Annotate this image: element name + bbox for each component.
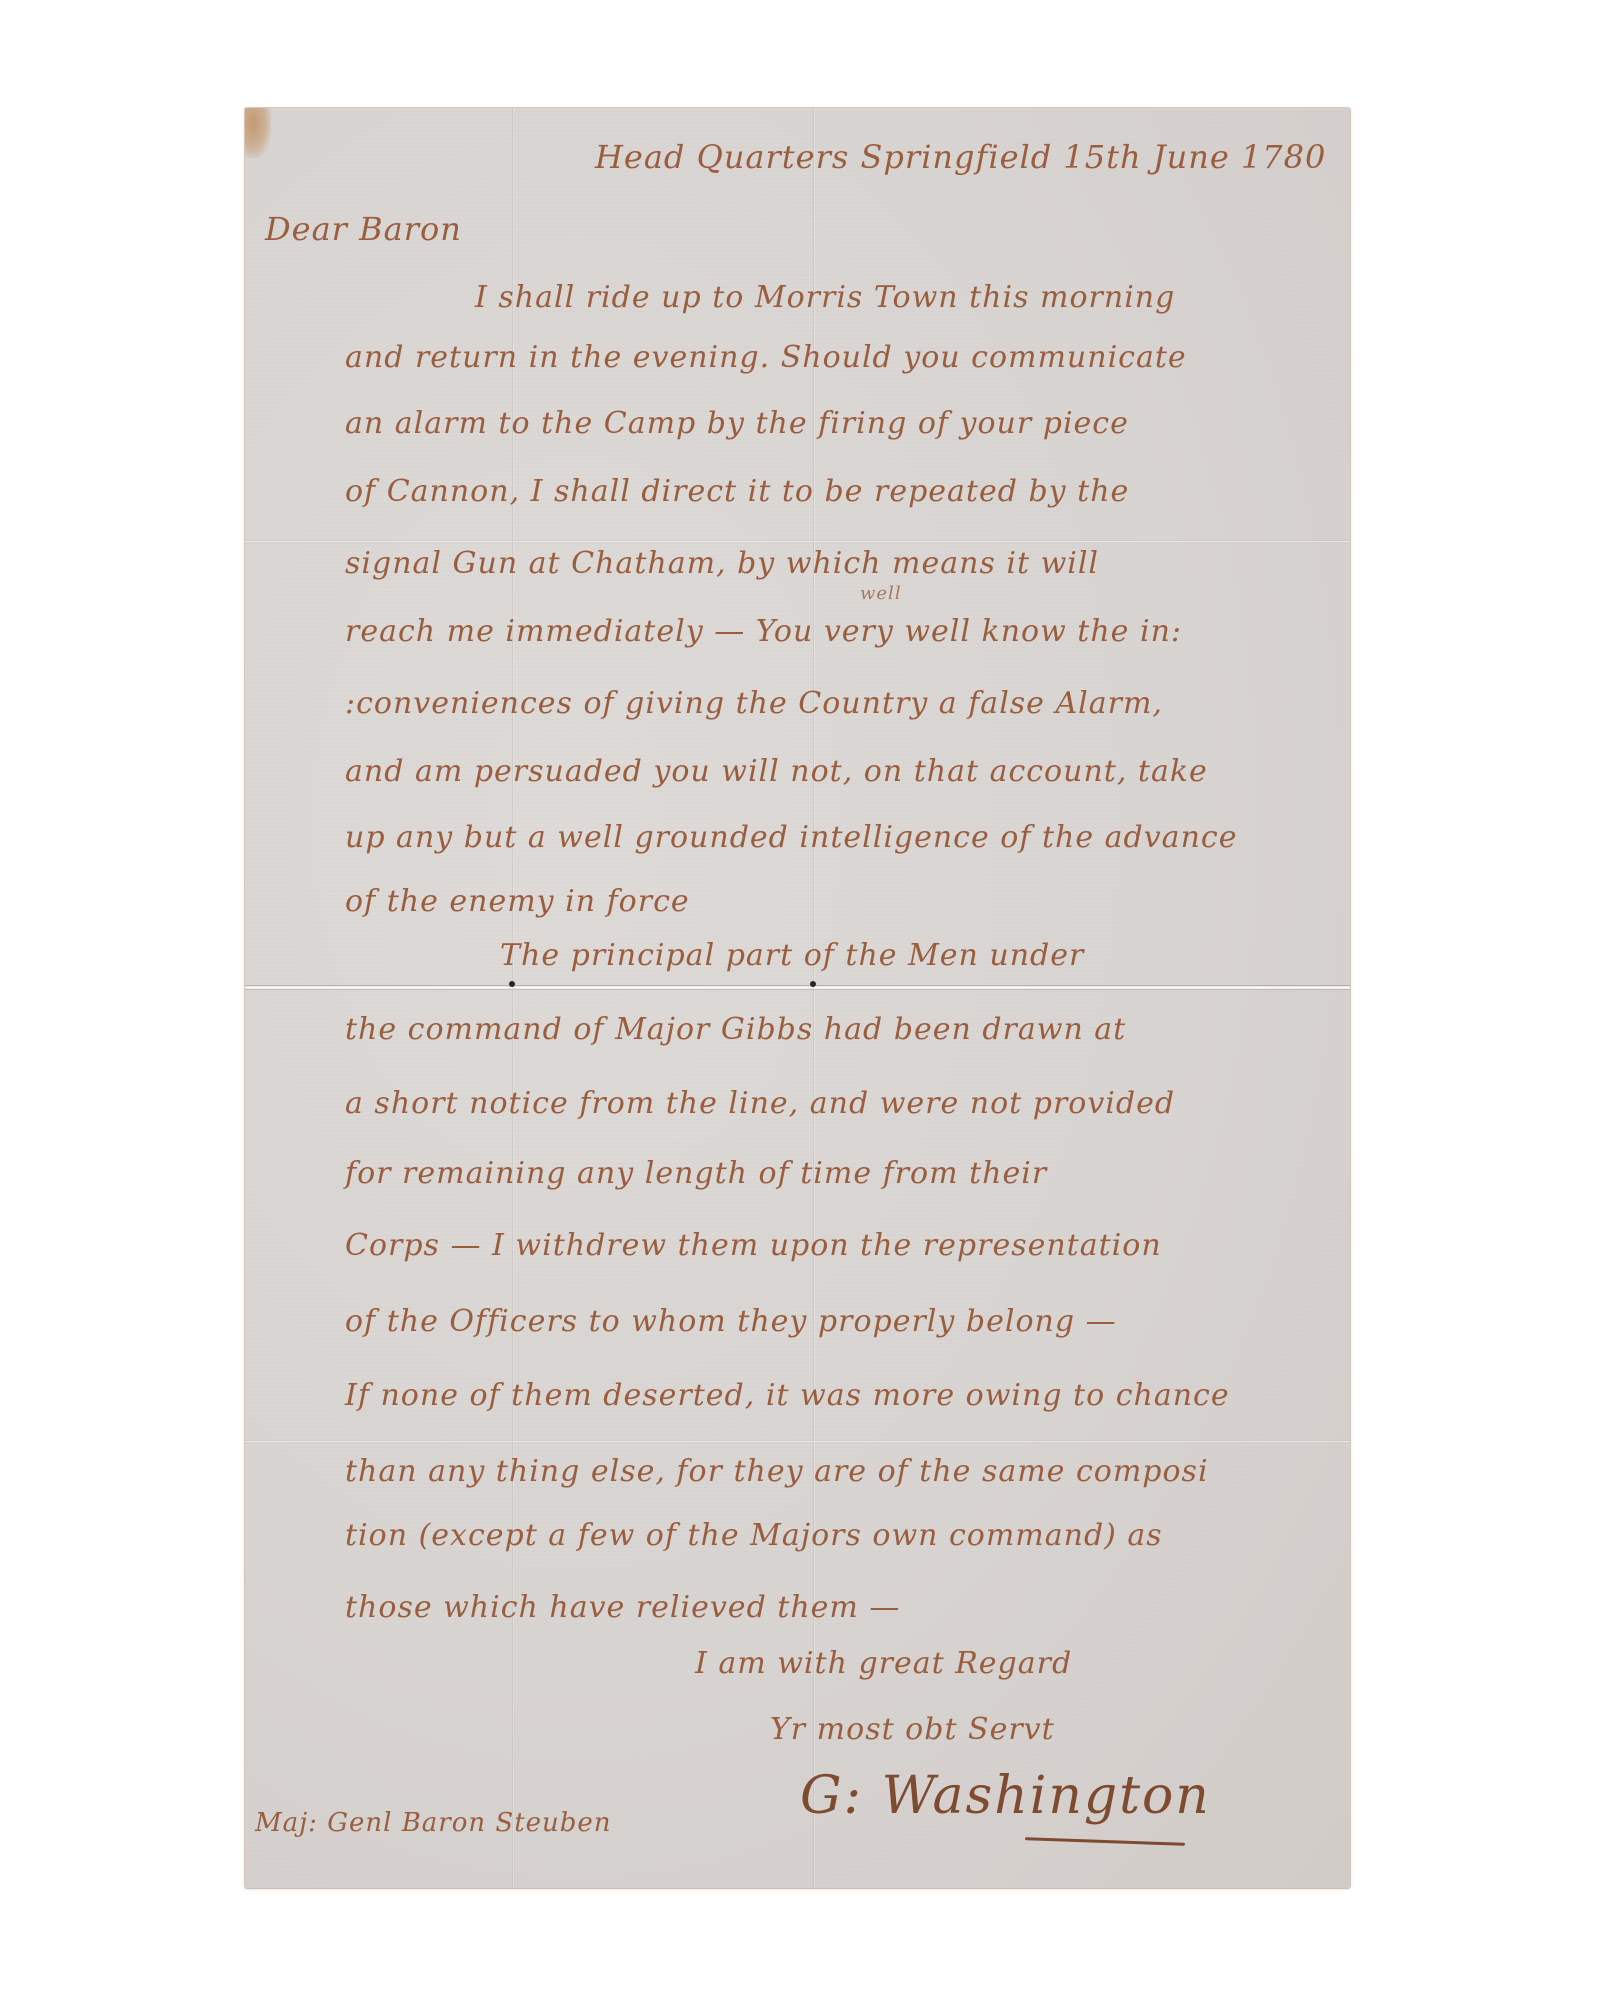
dateline: Head Quarters Springfield 15th June 1780 — [595, 138, 1326, 176]
body-line: for remaining any length of time from th… — [345, 1156, 1047, 1191]
body-line: reach me immediately — You very well kno… — [345, 614, 1182, 649]
body-line: a short notice from the line, and were n… — [345, 1086, 1175, 1121]
body-line: signal Gun at Chatham, by which means it… — [345, 546, 1099, 581]
body-line: up any but a well grounded intelligence … — [345, 820, 1237, 855]
pinhole — [509, 981, 515, 987]
closing-line: Yr most obt Servt — [770, 1712, 1055, 1747]
interlinear-insertion: well — [860, 583, 902, 604]
salutation: Dear Baron — [265, 210, 462, 248]
body-line: The principal part of the Men under — [500, 938, 1084, 973]
letter-paper: Head Quarters Springfield 15th June 1780… — [245, 108, 1350, 1888]
body-line: the command of Major Gibbs had been draw… — [345, 1012, 1126, 1047]
signature-flourish — [1025, 1837, 1185, 1846]
body-line: I shall ride up to Morris Town this morn… — [475, 280, 1175, 315]
addressee: Maj: Genl Baron Steuben — [255, 1808, 612, 1838]
body-line: of Cannon, I shall direct it to be repea… — [345, 474, 1129, 509]
body-line: of the Officers to whom they properly be… — [345, 1304, 1117, 1339]
horizontal-fold-tear — [245, 985, 1350, 990]
age-stain — [245, 108, 271, 158]
closing-line: I am with great Regard — [695, 1646, 1072, 1681]
signature: G: Washington — [800, 1766, 1211, 1826]
body-line: If none of them deserted, it was more ow… — [345, 1378, 1230, 1413]
horizontal-fold — [245, 1440, 1350, 1443]
body-line: Corps — I withdrew them upon the represe… — [345, 1228, 1162, 1263]
pinhole — [810, 981, 816, 987]
body-line: :conveniences of giving the Country a fa… — [345, 686, 1163, 721]
body-line: and return in the evening. Should you co… — [345, 340, 1187, 375]
body-line: than any thing else, for they are of the… — [345, 1454, 1209, 1489]
body-line: those which have relieved them — — [345, 1590, 900, 1625]
body-line: an alarm to the Camp by the firing of yo… — [345, 406, 1129, 441]
body-line: tion (except a few of the Majors own com… — [345, 1518, 1163, 1553]
body-line: of the enemy in force — [345, 884, 690, 919]
horizontal-fold — [245, 540, 1350, 543]
body-line: and am persuaded you will not, on that a… — [345, 754, 1208, 789]
